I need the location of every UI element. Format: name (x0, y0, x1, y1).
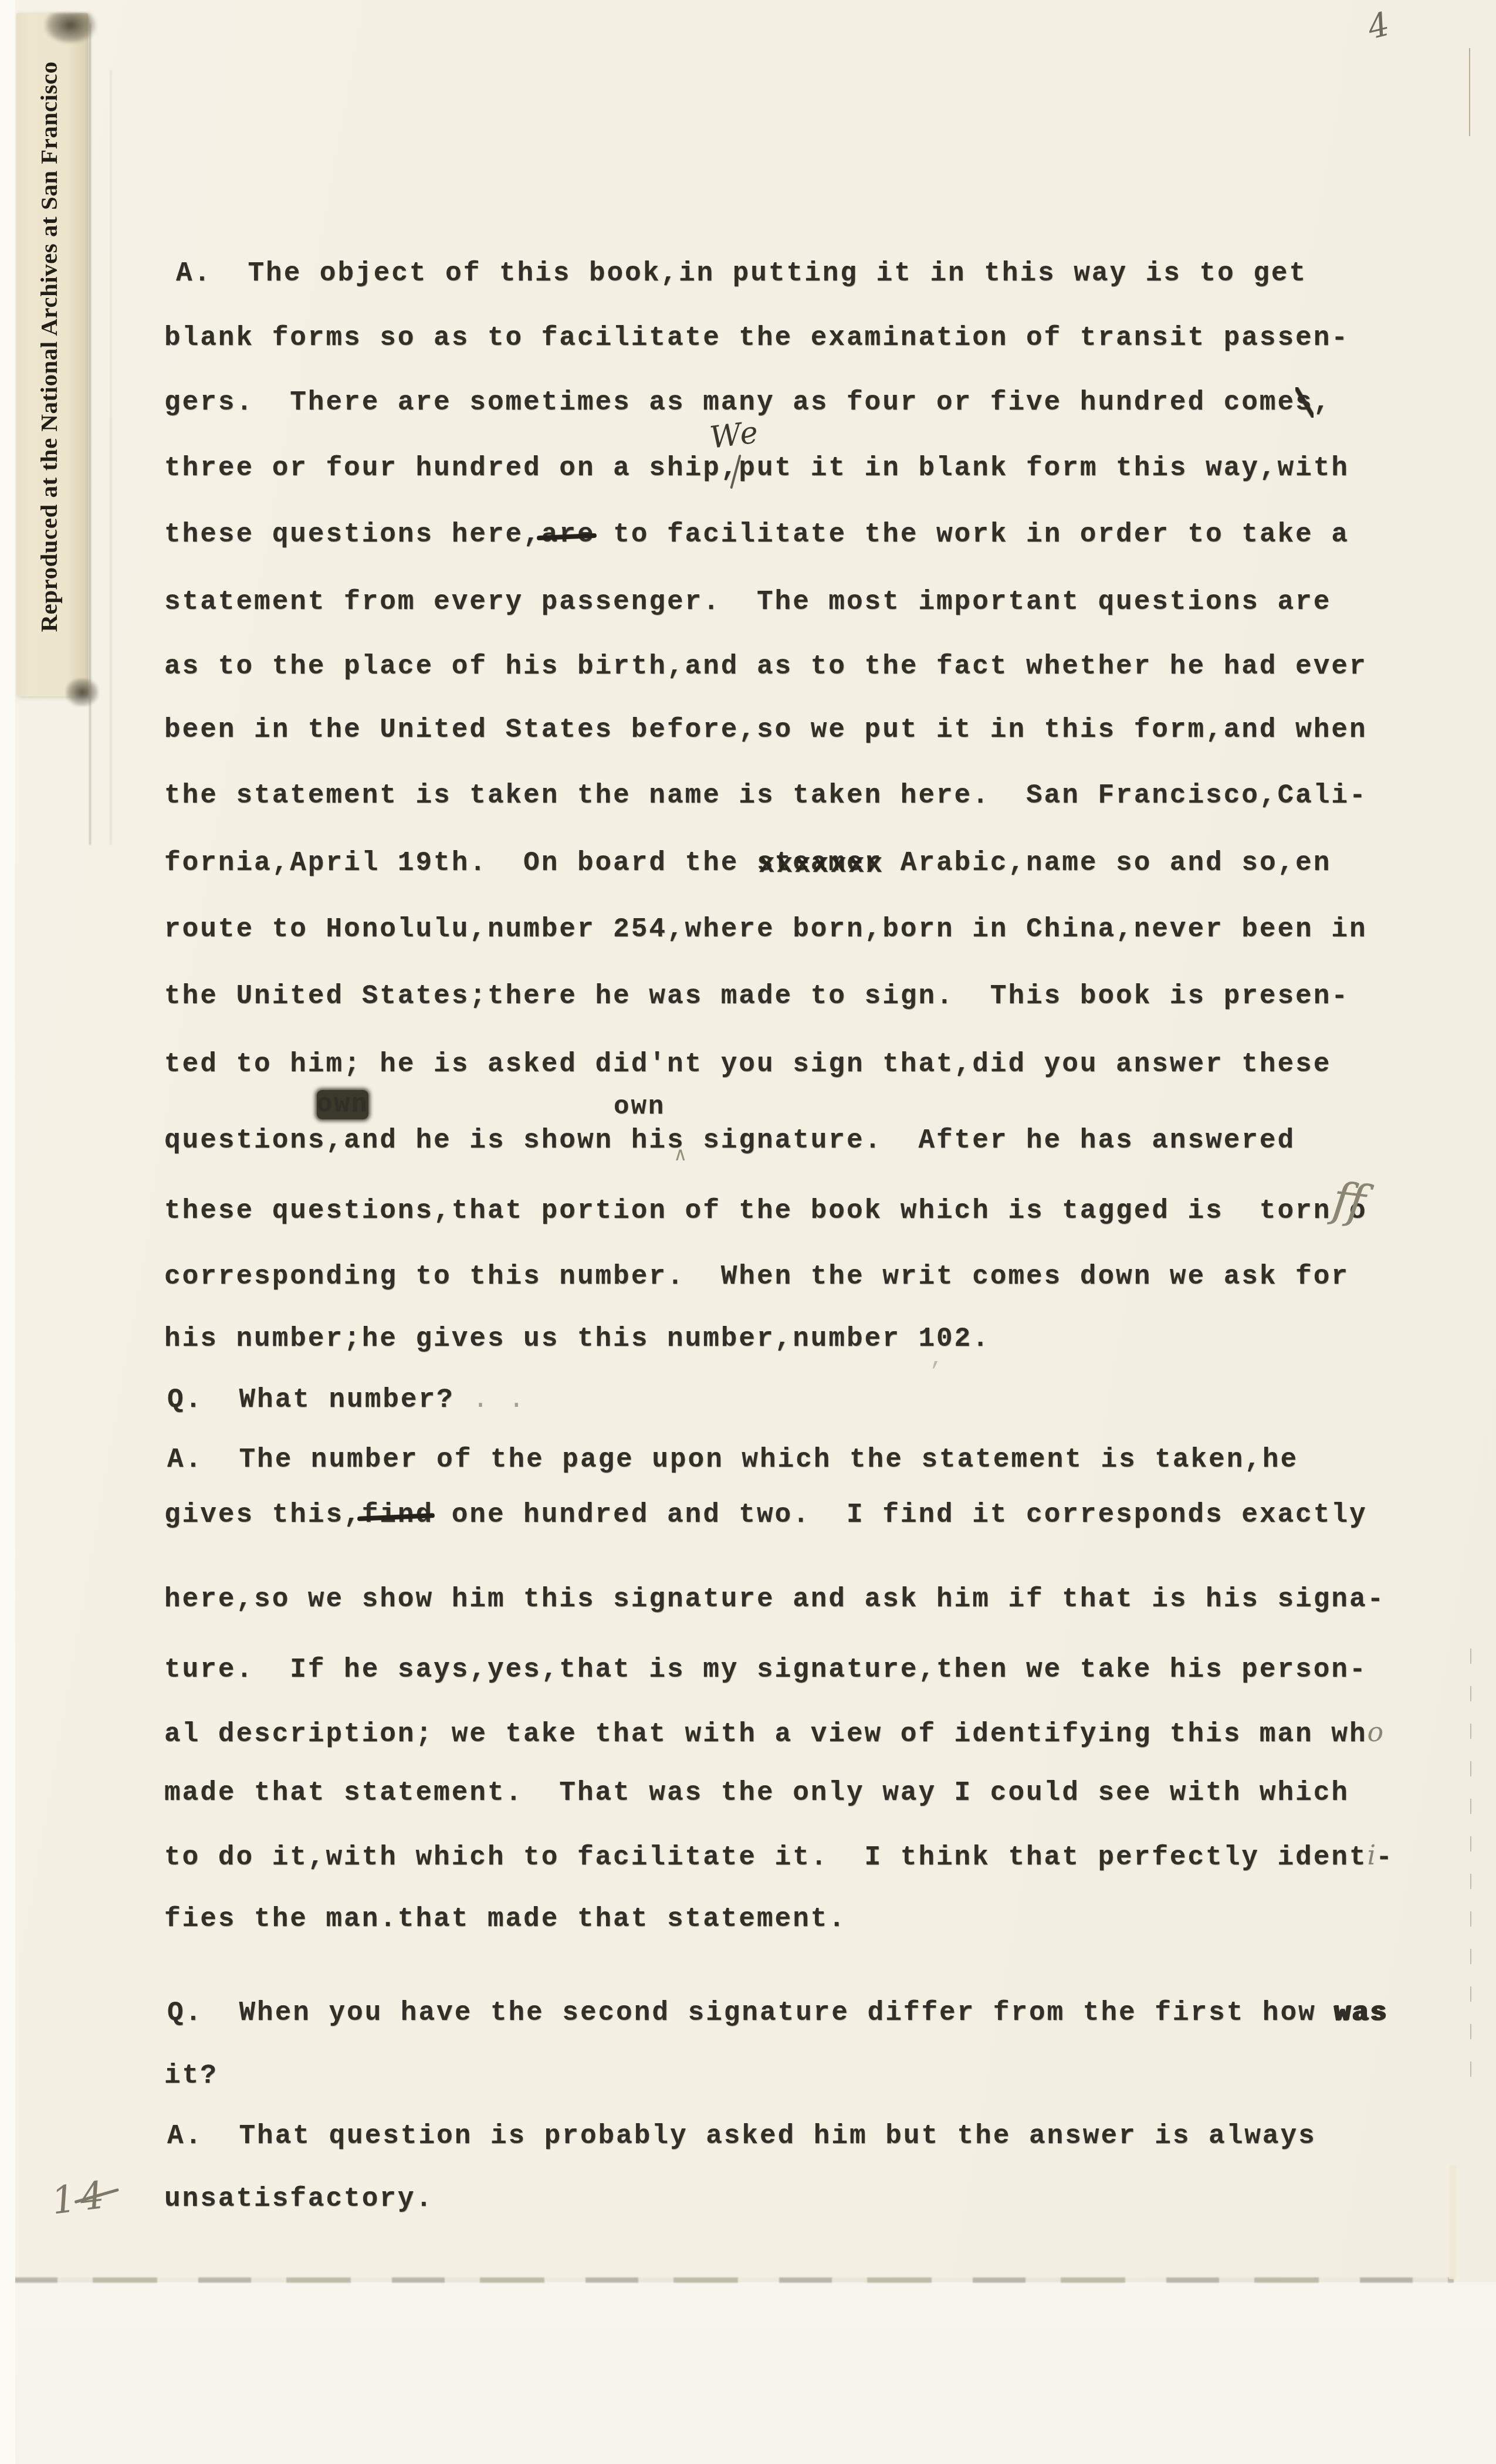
sheet-right-edge-mid (1470, 1649, 1471, 2094)
typed-segment: Q. When you have the second signature di… (167, 1998, 1334, 2028)
handwritten-we: We (708, 415, 761, 456)
interline-own-blotted: own (317, 1090, 368, 1119)
scan-backing (0, 2282, 1496, 2464)
typed-segment: statement from every passenger. The most… (164, 587, 1331, 617)
typed-segment: fornia,April 19th. On board the (164, 848, 757, 878)
insertion-caret: ∧ (673, 1143, 687, 1165)
crease-line (89, 23, 91, 845)
typed-segment: gives this, (164, 1500, 362, 1530)
typed-segment: Q. What number? (167, 1385, 455, 1415)
typed-line: been in the United States before,so we p… (164, 715, 1368, 745)
typed-segment: al description; we take that with a view… (164, 1719, 1368, 1749)
typed-segment: questions,and he is shown his signature.… (164, 1125, 1295, 1156)
typed-line: fornia,April 19th. On board the steamerx… (164, 848, 1331, 878)
typed-segment: ted to him; he is asked did'nt you sign … (164, 1049, 1331, 1079)
archive-stamp-text: Reproduced at the National Archives at S… (26, 18, 72, 676)
typed-line: his number;he gives us this number,numbe… (164, 1324, 990, 1354)
typed-line: ture. If he says,yes,that is my signatur… (164, 1654, 1368, 1685)
typed-segment: ture. If he says,yes,that is my signatur… (164, 1654, 1368, 1685)
typed-segment: route to Honolulu,number 254,where born,… (164, 914, 1368, 945)
typed-segment: here,so we show him this signature and a… (164, 1584, 1385, 1615)
interline-own: own (614, 1092, 665, 1122)
typed-segment: one hundred and two. I find it correspon… (434, 1500, 1367, 1530)
overtyped-segment: was (1334, 1998, 1388, 2028)
typed-segment: corresponding to this number. When the w… (164, 1261, 1349, 1292)
typed-segment: Arabic,name so and so,en (882, 848, 1331, 878)
typed-segment: the statement is taken the name is taken… (164, 780, 1368, 811)
typed-line: corresponding to this number. When the w… (164, 1261, 1349, 1292)
typed-line: the United States;there he was made to s… (164, 981, 1349, 1011)
typed-segment: A. The object of this book,in putting it… (176, 258, 1307, 289)
typed-line: these questions here,are to facilitate t… (164, 519, 1349, 550)
sheet-bottom-fold (5, 2277, 1454, 2283)
typed-line: A. The number of the page upon which the… (167, 1444, 1298, 1475)
typed-line: fies the man.that made that statement. (164, 1904, 847, 1934)
xover-segment: steamerxxxxxxx (757, 848, 882, 878)
faint-segment: . . (455, 1385, 526, 1415)
typed-line: al description; we take that with a view… (164, 1716, 1383, 1749)
typed-line: route to Honolulu,number 254,where born,… (164, 914, 1368, 945)
typed-segment: three or four hundred on a ship,put it i… (164, 453, 1349, 483)
typed-line: gers. There are sometimes as many as fou… (164, 387, 1331, 418)
typed-segment: to facilitate the work in order to take … (595, 519, 1349, 550)
typed-segment: the United States;there he was made to s… (164, 981, 1349, 1011)
typed-segment: unsatisfactory. (164, 2184, 434, 2214)
typed-line: as to the place of his birth,and as to t… (164, 651, 1368, 682)
typed-segment: to do it,with which to facilitate it. I … (164, 1842, 1368, 1873)
typed-segment: as to the place of his birth,and as to t… (164, 651, 1368, 682)
typed-line: made that statement. That was the only w… (164, 1778, 1349, 1808)
typed-line: A. That question is probably asked him b… (167, 2121, 1316, 2151)
document-page: Reproduced at the National Archives at S… (0, 0, 1496, 2464)
page-number-14: 14 (49, 2173, 111, 2223)
typed-segment: been in the United States before,so we p… (164, 715, 1368, 745)
typed-segment: A. That question is probably asked him b… (167, 2121, 1316, 2151)
typed-line: blank forms so as to facilitate the exam… (164, 323, 1349, 353)
scan-left-edge (0, 0, 15, 2464)
typed-line: Q. What number? . . (167, 1385, 526, 1415)
corner-mark-4: 4 (1364, 5, 1393, 48)
typed-line: A. The object of this book,in putting it… (176, 258, 1307, 289)
hw-inline-segment: i (1368, 1839, 1376, 1871)
overtype-x-marks: xxxxxxx (759, 849, 884, 880)
typed-segment: fies the man.that made that statement. (164, 1904, 847, 1934)
typed-segment: gers. There are sometimes as many as fou… (164, 387, 1295, 418)
typed-segment: it? (164, 2060, 218, 2091)
stray-apostrophe: ’ (928, 1360, 942, 1386)
typed-segment: made that statement. That was the only w… (164, 1778, 1349, 1808)
hw-inline-segment: o (1368, 1716, 1384, 1748)
typed-line: ted to him; he is asked did'nt you sign … (164, 1049, 1331, 1079)
sheet-right-edge-top (1469, 48, 1470, 136)
typed-line: questions,and he is shown his signature.… (164, 1125, 1295, 1156)
typed-segment: blank forms so as to facilitate the exam… (164, 323, 1349, 353)
typed-line: it? (164, 2060, 218, 2091)
typed-segment: these questions,that portion of the book… (164, 1196, 1368, 1226)
typed-line: unsatisfactory. (164, 2184, 434, 2214)
typed-line: three or four hundred on a ship,put it i… (164, 453, 1349, 483)
typed-segment: these questions here, (164, 519, 541, 550)
pen-strike-segment: are (541, 519, 595, 550)
typed-segment: his number;he gives us this number,numbe… (164, 1324, 990, 1354)
typed-segment: A. The number of the page upon which the… (167, 1444, 1298, 1475)
crease-line-faint (110, 70, 111, 845)
sheet-right-edge-bottom (1449, 2165, 1456, 2279)
typed-line: the statement is taken the name is taken… (164, 780, 1368, 811)
pen-strike-segment: find (362, 1500, 434, 1530)
typed-line: gives this,find one hundred and two. I f… (164, 1500, 1368, 1530)
typed-line: these questions,that portion of the book… (164, 1196, 1368, 1226)
typed-line: to do it,with which to facilitate it. I … (164, 1839, 1394, 1873)
slashed-segment: s (1295, 387, 1314, 418)
typed-line: Q. When you have the second signature di… (167, 1998, 1388, 2028)
tape-smudge-bottom (66, 678, 99, 706)
typed-line: here,so we show him this signature and a… (164, 1584, 1385, 1615)
typed-segment: - (1376, 1842, 1394, 1873)
typed-segment: , (1314, 387, 1332, 418)
typed-line: statement from every passenger. The most… (164, 587, 1331, 617)
